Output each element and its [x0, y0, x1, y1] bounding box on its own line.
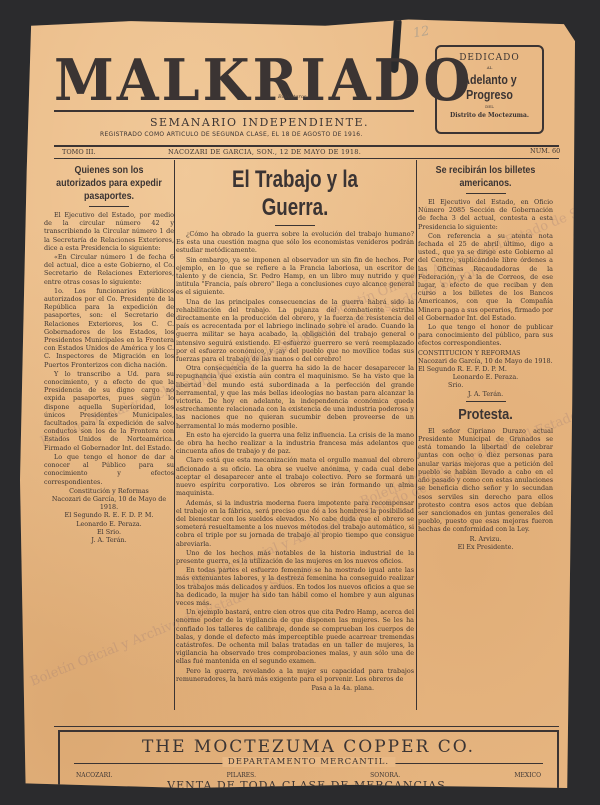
paragraph: En todas partes el esfuerzo femenino se …	[176, 566, 414, 607]
newspaper-page: 12 MALKRIADO Ballesteros. SEMANARIO INDE…	[20, 18, 575, 788]
protest-signature: R. Arvizu. El Ex Presidente.	[418, 535, 553, 551]
article-passports: Quienes son los autorizados para expedir…	[44, 164, 174, 544]
ad-place: NACOZARI.	[76, 772, 112, 779]
paragraph: Uno de los hechos más notables de la his…	[176, 549, 414, 565]
paragraph: Otra consecuencia de la guerra ha sido l…	[176, 364, 414, 430]
issue-bar-rule-bottom	[54, 158, 559, 159]
ad-place: MEXICO	[514, 772, 541, 779]
dedication-box: DEDICADO AL Adelanto y Progreso DEL Dist…	[435, 45, 544, 134]
paragraph: Pero la guerra, revelando a la mujer su …	[176, 667, 414, 683]
paragraph: El Ejecutivo del Estado, por medio de la…	[44, 211, 174, 252]
signature-line: Nacozari de García, 10 de Mayo de 1918.	[418, 357, 553, 365]
moctezuma-copper-ad: THE MOCTEZUMA COPPER CO. DEPARTAMENTO ME…	[58, 730, 559, 798]
article-american-bills: Se recibirán los billetes americanos. El…	[418, 164, 553, 551]
paragraph: ¿Cómo ha obrado la guerra sobre la evolu…	[176, 230, 414, 255]
paragraph: El señor Cipriano Durazo actual Presiden…	[418, 427, 553, 534]
ad-tagline: VENTA DE TODA CLASE DE MERCANCIAS.	[60, 779, 557, 792]
column-divider	[416, 160, 417, 710]
paragraph: El Ejecutivo del Estado, en Oficio Númer…	[418, 198, 553, 231]
paragraph: Claro está que esta mecanización mata el…	[176, 456, 414, 497]
article-body: ¿Cómo ha obrado la guerra sobre la evolu…	[176, 230, 414, 683]
headline-rule	[466, 193, 506, 194]
signature-line: El Segundo R. E. F. D. P. M.	[44, 511, 174, 519]
signature-line: Leonardo E. Peraza.	[418, 373, 553, 381]
registration-notice: REGISTRADO COMO ARTICULO DE SEGUNDA CLAS…	[100, 131, 363, 138]
paragraph: Con referencia a su atenta nota fechada …	[418, 232, 553, 322]
signature-line: El Ex Presidente.	[418, 543, 553, 551]
ad-places: NACOZARI. PILARES. SONORA. MEXICO	[60, 770, 557, 779]
headline-rule	[275, 225, 315, 226]
issue-volume: TOMO III.	[62, 148, 95, 156]
masthead-rule	[54, 110, 414, 112]
dedication-line5: Distrito de Moctezuma.	[437, 112, 542, 119]
article-body: El Ejecutivo del Estado, en Oficio Númer…	[418, 198, 553, 348]
paragraph: Y lo transcribo a Ud. para su conocimien…	[44, 370, 174, 452]
ad-rule	[54, 726, 559, 727]
article-work-and-war: El Trabajo y la Guerra. ¿Cómo ha obrado …	[176, 164, 414, 692]
signature-line: El Segundo R. E. F. D. P. M.	[418, 365, 553, 373]
paragraph: En esto ha ejercido la guerra una feliz …	[176, 431, 414, 456]
ad-department: DEPARTAMENTO MERCANTIL.	[222, 757, 395, 767]
dedication-line2: AL	[437, 65, 542, 70]
article-signature: CONSTITUCION Y REFORMAS Nacozari de Garc…	[418, 349, 553, 398]
signature-line: Leonardo E. Peraza.	[44, 520, 174, 528]
paragraph: Lo que tengo el honor de dar a conocer a…	[44, 453, 174, 486]
issue-place-date: NACOZARI DE GARCIA, SON., 12 DE MAYO DE …	[168, 148, 361, 156]
signature-line: J. A. Terán.	[44, 536, 174, 544]
dedication-line4: DEL	[437, 104, 542, 109]
article-headline: Quienes son los autorizados para expedir…	[54, 164, 165, 203]
masthead-title: MALKRIADO	[54, 46, 473, 113]
signature-line: R. Arvizu.	[418, 535, 553, 543]
continued-notice: Pasa a la 4a. plana.	[176, 684, 414, 692]
signature-line: Constitución y Reformas	[44, 487, 174, 495]
signature-line: Nacozari de García, 10 de Mayo de 1918.	[44, 495, 174, 511]
signature-line: J. A. Terán.	[418, 390, 553, 398]
section-rule	[466, 401, 506, 402]
dedication-line3: Adelanto y Progreso	[446, 72, 532, 102]
article-signature: Constitución y Reformas Nacozari de Garc…	[44, 487, 174, 544]
column-divider	[174, 160, 175, 710]
headline-rule	[89, 206, 129, 207]
ad-place: SONORA.	[370, 772, 400, 779]
ad-department-row: DEPARTAMENTO MERCANTIL.	[60, 758, 557, 770]
masthead-small-note: Ballesteros.	[278, 94, 308, 100]
ad-title: THE MOCTEZUMA COPPER CO.	[60, 737, 557, 757]
signature-line: CONSTITUCION Y REFORMAS	[418, 349, 553, 357]
signature-line: Srio.	[418, 381, 553, 389]
article-body: El Ejecutivo del Estado, por medio de la…	[44, 211, 174, 486]
protest-headline: Protesta.	[428, 406, 543, 424]
paragraph: Sin embargo, ya se imponen al observador…	[176, 256, 414, 297]
issue-bar-rule-top	[54, 145, 559, 147]
article-headline: El Trabajo y la Guerra.	[202, 166, 388, 222]
paragraph: Lo que tengo el honor de publicar para c…	[418, 323, 553, 348]
masthead-subtitle: SEMANARIO INDEPENDIENTE.	[150, 116, 369, 129]
signature-line: El Srio.	[44, 528, 174, 536]
issue-number: NUM. 60	[530, 147, 560, 155]
ad-place: PILARES.	[227, 772, 256, 779]
article-headline: Se recibirán los billetes americanos.	[428, 164, 543, 190]
protest-body: El señor Cipriano Durazo actual Presiden…	[418, 427, 553, 534]
paragraph: 1o. Los funcionarios públicos autorizado…	[44, 287, 174, 369]
paragraph: Además, si la industria moderna fuera im…	[176, 499, 414, 548]
pencil-mark: 12	[412, 24, 431, 42]
dedication-line1: DEDICADO	[437, 53, 542, 63]
paragraph: Una de las principales consecuencias de …	[176, 298, 414, 364]
paragraph: Un ejemplo bastará, entre cien otros que…	[176, 608, 414, 665]
paragraph: «En Circular número 1 de fecha 6 del act…	[44, 253, 174, 286]
